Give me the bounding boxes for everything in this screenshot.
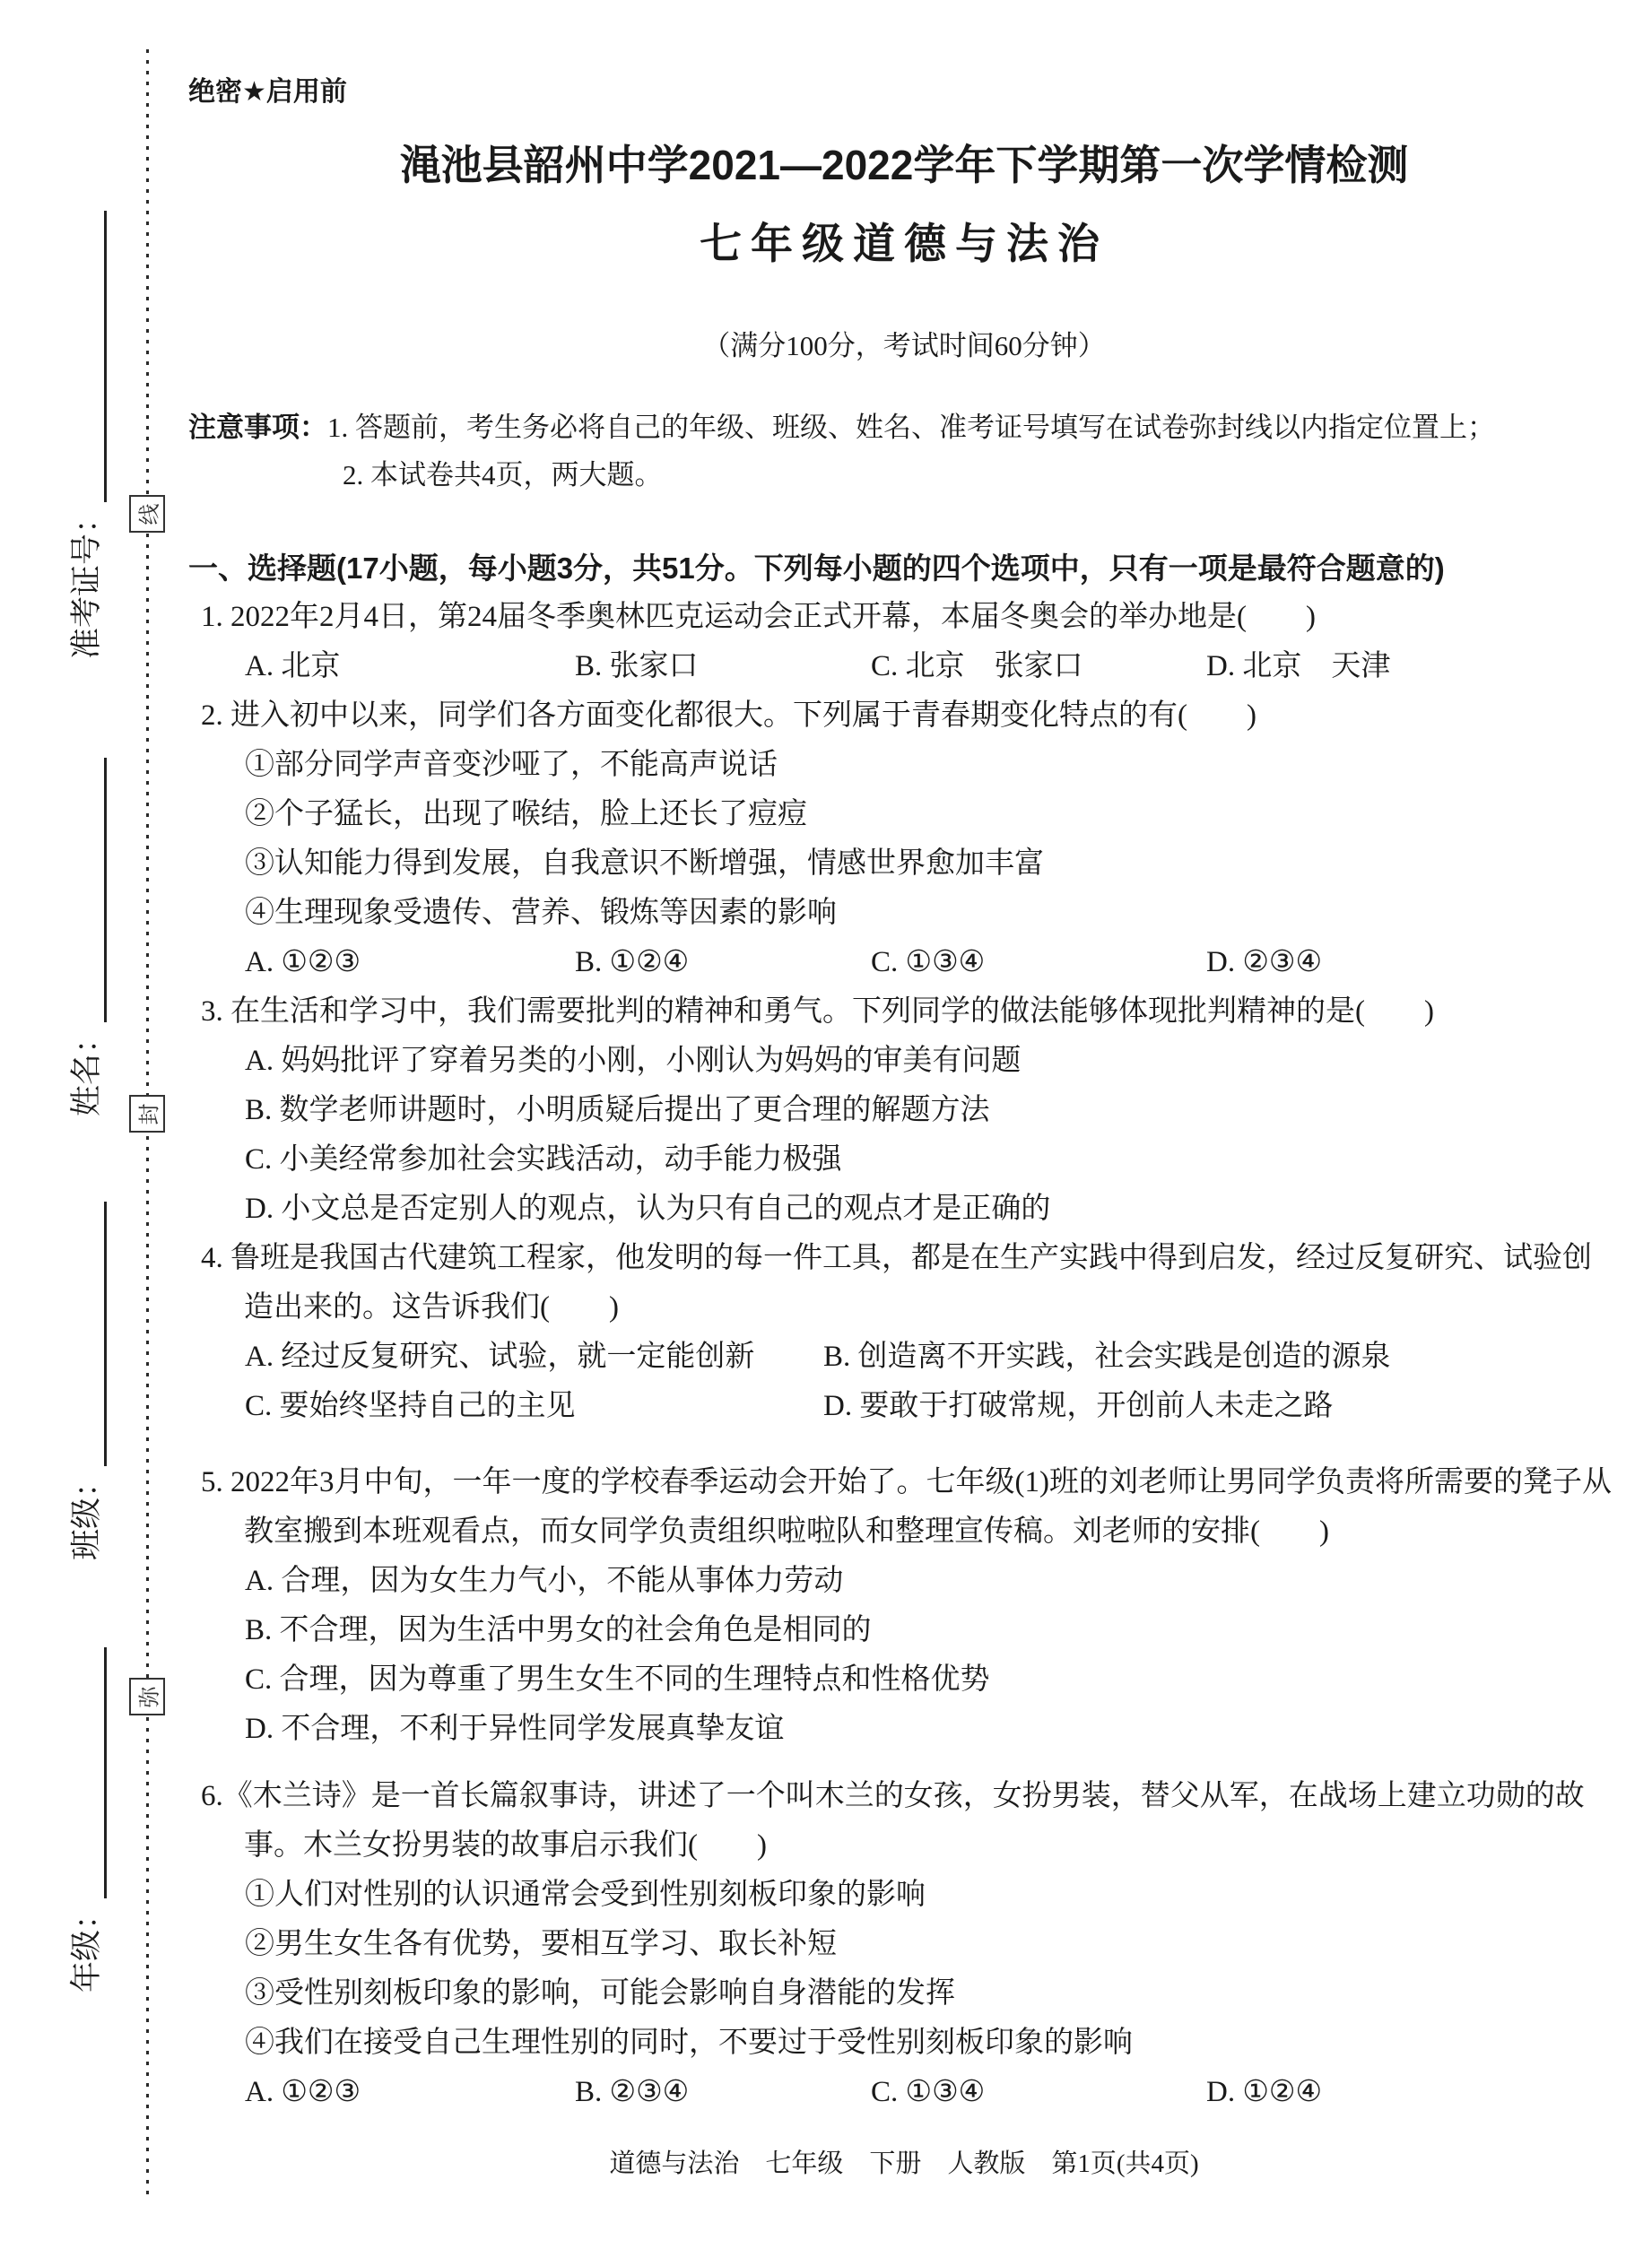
subitem-4: ④我们在接受自己生理性别的同时，不要过于受性别刻板印象的影响 bbox=[245, 2019, 1620, 2068]
question-4-options: A. 经过反复研究、试验，就一定能创新 B. 创造离不开实践，社会实践是创造的源… bbox=[245, 1333, 1620, 1431]
option-c: C. ①③④ bbox=[871, 938, 1206, 987]
option-b: B. ②③④ bbox=[575, 2068, 871, 2117]
question-2-subitems: ①部分同学声音变沙哑了，不能高声说话 ②个子猛长，出现了喉结，脸上还长了痘痘 ③… bbox=[245, 741, 1620, 938]
option-a: A. 妈妈批评了穿着另类的小刚，小刚认为妈妈的审美有问题 bbox=[245, 1037, 1620, 1086]
option-a: A. 北京 bbox=[245, 642, 575, 691]
subitem-2: ②个子猛长，出现了喉结，脸上还长了痘痘 bbox=[245, 790, 1620, 839]
note-line-1: 注意事项：1. 答题前，考生务必将自己的年级、班级、姓名、准考证号填写在试卷弥封… bbox=[188, 404, 1620, 451]
question-6: 6.《木兰诗》是一首长篇叙事诗，讲述了一个叫木兰的女孩，女扮男装，替父从军，在战… bbox=[188, 1772, 1620, 2117]
exam-paper-page: 准考证号： 姓名： 班级： 年级： 线 封 弥 绝密★启用前 渑池县韶州中学20… bbox=[0, 0, 1652, 2249]
paper-content: 绝密★启用前 渑池县韶州中学2021—2022学年下学期第一次学情检测 七年级道… bbox=[188, 0, 1620, 2184]
subitem-1: ①部分同学声音变沙哑了，不能高声说话 bbox=[245, 741, 1620, 790]
paper-title: 渑池县韶州中学2021—2022学年下学期第一次学情检测 bbox=[188, 142, 1620, 188]
question-4: 4. 鲁班是我国古代建筑工程家，他发明的每一件工具，都是在生产实践中得到启发，经… bbox=[188, 1234, 1620, 1431]
secrecy-label: 绝密★启用前 bbox=[188, 75, 1620, 109]
question-2-stem: 2. 进入初中以来，同学们各方面变化都很大。下列属于青春期变化特点的有( ) bbox=[188, 691, 1620, 741]
option-d: D. ①②④ bbox=[1206, 2068, 1620, 2117]
note-1-text: 1. 答题前，考生务必将自己的年级、班级、姓名、准考证号填写在试卷弥封线以内指定… bbox=[327, 412, 1495, 443]
subitem-4: ④生理现象受遗传、营养、锻炼等因素的影响 bbox=[245, 889, 1620, 938]
field-exam-number-label: 准考证号： bbox=[67, 502, 107, 659]
option-c: C. 要始终坚持自己的主见 bbox=[245, 1382, 823, 1431]
question-3-options: A. 妈妈批评了穿着另类的小刚，小刚认为妈妈的审美有问题 B. 数学老师讲题时，… bbox=[245, 1037, 1620, 1234]
note-line-2: 2. 本试卷共4页，两大题。 bbox=[343, 451, 1620, 499]
question-4-stem: 4. 鲁班是我国古代建筑工程家，他发明的每一件工具，都是在生产实践中得到启发，经… bbox=[188, 1234, 1620, 1333]
seal-margin: 准考证号： 姓名： 班级： 年级： 线 封 弥 bbox=[0, 0, 188, 2249]
question-5-stem: 5. 2022年3月中旬，一年一度的学校春季运动会开始了。七年级(1)班的刘老师… bbox=[188, 1458, 1620, 1557]
option-a: A. 经过反复研究、试验，就一定能创新 bbox=[245, 1333, 823, 1382]
notes-label: 注意事项： bbox=[188, 412, 327, 443]
question-5-options: A. 合理，因为女生力气小，不能从事体力劳动 B. 不合理，因为生活中男女的社会… bbox=[245, 1557, 1620, 1754]
field-grade-label: 年级： bbox=[67, 1898, 107, 1993]
name-blank-line bbox=[70, 758, 107, 1022]
option-b: B. ①②④ bbox=[575, 938, 871, 987]
paper-subject-title: 七年级道德与法治 bbox=[188, 217, 1620, 271]
seal-marker-xian: 线 bbox=[129, 495, 165, 533]
option-b: B. 不合理，因为生活中男女的社会角色是相同的 bbox=[245, 1606, 1620, 1655]
page-footer: 道德与法治 七年级 下册 人教版 第1页(共4页) bbox=[188, 2144, 1620, 2184]
class-blank-line bbox=[70, 1202, 107, 1466]
option-c: C. 北京 张家口 bbox=[871, 642, 1206, 691]
option-d: D. 不合理，不利于异性同学发展真挚友谊 bbox=[245, 1705, 1620, 1754]
field-class: 班级： bbox=[65, 1202, 107, 1560]
option-c: C. 小美经常参加社会实践活动，动手能力极强 bbox=[245, 1135, 1620, 1185]
option-d: D. ②③④ bbox=[1206, 938, 1620, 987]
grade-blank-line bbox=[70, 1647, 107, 1898]
question-6-subitems: ①人们对性别的认识通常会受到性别刻板印象的影响 ②男生女生各有优势，要相互学习、… bbox=[245, 1871, 1620, 2068]
question-3: 3. 在生活和学习中，我们需要批判的精神和勇气。下列同学的做法能够体现批判精神的… bbox=[188, 987, 1620, 1234]
option-d: D. 要敢于打破常规，开创前人未走之路 bbox=[823, 1382, 1620, 1431]
exam-number-blank-line bbox=[70, 211, 107, 502]
exam-notes: 注意事项：1. 答题前，考生务必将自己的年级、班级、姓名、准考证号填写在试卷弥封… bbox=[188, 404, 1620, 499]
subitem-3: ③认知能力得到发展，自我意识不断增强，情感世界愈加丰富 bbox=[245, 839, 1620, 889]
option-c: C. 合理，因为尊重了男生女生不同的生理特点和性格优势 bbox=[245, 1655, 1620, 1705]
section-1-heading: 一、选择题(17小题，每小题3分，共51分。下列每小题的四个选项中，只有一项是最… bbox=[188, 543, 1620, 593]
field-name-label: 姓名： bbox=[67, 1022, 107, 1116]
option-b: B. 数学老师讲题时，小明质疑后提出了更合理的解题方法 bbox=[245, 1086, 1620, 1135]
question-6-options: A. ①②③ B. ②③④ C. ①③④ D. ①②④ bbox=[245, 2068, 1620, 2117]
field-class-label: 班级： bbox=[67, 1466, 107, 1560]
option-a: A. 合理，因为女生力气小，不能从事体力劳动 bbox=[245, 1557, 1620, 1606]
question-2-options: A. ①②③ B. ①②④ C. ①③④ D. ②③④ bbox=[245, 938, 1620, 987]
option-b: B. 创造离不开实践，社会实践是创造的源泉 bbox=[823, 1333, 1620, 1382]
seal-marker-feng: 封 bbox=[129, 1095, 165, 1133]
option-d: D. 小文总是否定别人的观点，认为只有自己的观点才是正确的 bbox=[245, 1185, 1620, 1234]
question-6-stem: 6.《木兰诗》是一首长篇叙事诗，讲述了一个叫木兰的女孩，女扮男装，替父从军，在战… bbox=[188, 1772, 1620, 1871]
field-grade: 年级： bbox=[65, 1647, 107, 1993]
question-1: 1. 2022年2月4日，第24届冬季奥林匹克运动会正式开幕，本届冬奥会的举办地… bbox=[188, 593, 1620, 691]
questions-area: 1. 2022年2月4日，第24届冬季奥林匹克运动会正式开幕，本届冬奥会的举办地… bbox=[188, 593, 1620, 2117]
score-time-note: （满分100分，考试时间60分钟） bbox=[188, 326, 1620, 366]
question-1-stem: 1. 2022年2月4日，第24届冬季奥林匹克运动会正式开幕，本届冬奥会的举办地… bbox=[188, 593, 1620, 642]
question-3-stem: 3. 在生活和学习中，我们需要批判的精神和勇气。下列同学的做法能够体现批判精神的… bbox=[188, 987, 1620, 1037]
option-b: B. 张家口 bbox=[575, 642, 871, 691]
subitem-3: ③受性别刻板印象的影响，可能会影响自身潜能的发挥 bbox=[245, 1969, 1620, 2019]
field-name: 姓名： bbox=[65, 758, 107, 1116]
question-2: 2. 进入初中以来，同学们各方面变化都很大。下列属于青春期变化特点的有( ) ①… bbox=[188, 691, 1620, 987]
field-exam-number: 准考证号： bbox=[65, 211, 107, 659]
question-5: 5. 2022年3月中旬，一年一度的学校春季运动会开始了。七年级(1)班的刘老师… bbox=[188, 1458, 1620, 1754]
subitem-2: ②男生女生各有优势，要相互学习、取长补短 bbox=[245, 1920, 1620, 1969]
subitem-1: ①人们对性别的认识通常会受到性别刻板印象的影响 bbox=[245, 1871, 1620, 1920]
option-a: A. ①②③ bbox=[245, 938, 575, 987]
option-d: D. 北京 天津 bbox=[1206, 642, 1620, 691]
option-a: A. ①②③ bbox=[245, 2068, 575, 2117]
seal-marker-mi: 弥 bbox=[129, 1678, 165, 1715]
question-1-options: A. 北京 B. 张家口 C. 北京 张家口 D. 北京 天津 bbox=[245, 642, 1620, 691]
option-c: C. ①③④ bbox=[871, 2068, 1206, 2117]
